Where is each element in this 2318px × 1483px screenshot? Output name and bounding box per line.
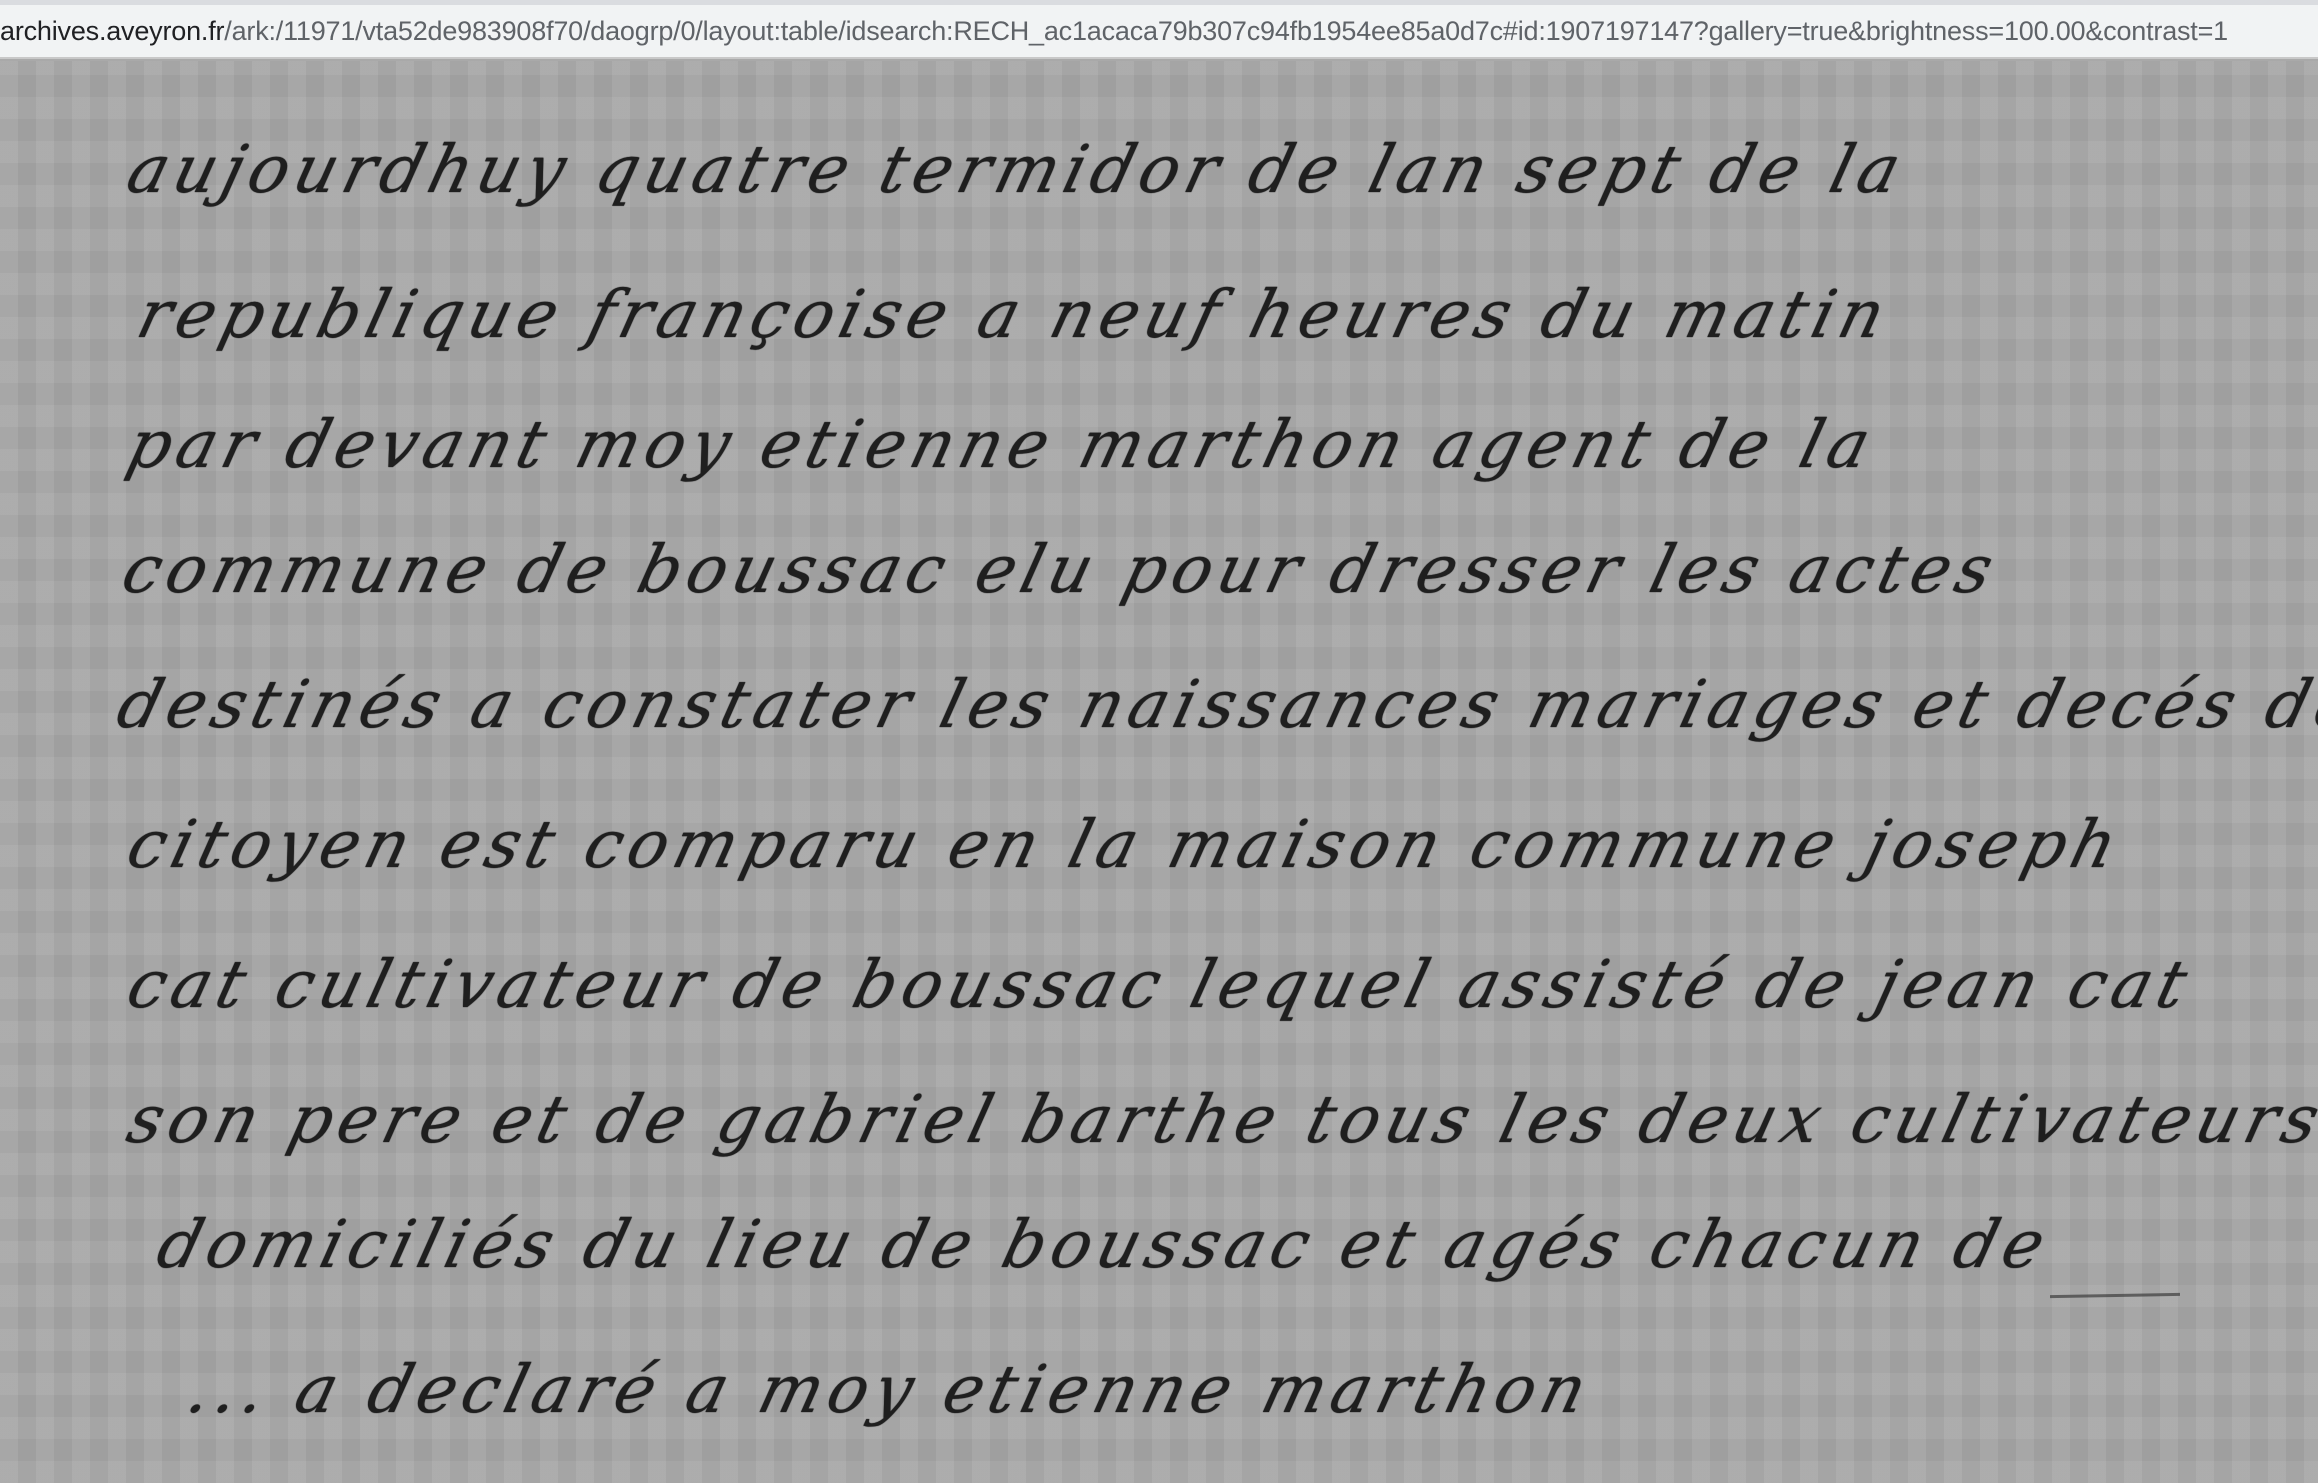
handwritten-line-10: ... a declaré a moy etienne marthon bbox=[180, 1351, 1600, 1428]
address-bar[interactable]: archives.aveyron.fr/ark:/11971/vta52de98… bbox=[0, 5, 2318, 59]
url-host[interactable]: archives.aveyron.fr bbox=[0, 16, 224, 47]
url-path[interactable]: /ark:/11971/vta52de983908f70/daogrp/0/la… bbox=[224, 16, 2228, 47]
handwritten-line-6: citoyen est comparu en la maison commune… bbox=[120, 806, 2131, 883]
handwritten-line-9: domiciliés du lieu de boussac et agés ch… bbox=[150, 1206, 2059, 1283]
handwritten-line-4: commune de boussac elu pour dresser les … bbox=[115, 531, 2007, 608]
handwritten-line-2: republique françoise a neuf heures du ma… bbox=[130, 276, 1899, 353]
handwritten-line-1: aujourdhuy quatre termidor de lan sept d… bbox=[120, 131, 1914, 208]
handwritten-line-7: cat cultivateur de boussac lequel assist… bbox=[120, 946, 2200, 1023]
document-image-viewer[interactable]: aujourdhuy quatre termidor de lan sept d… bbox=[0, 61, 2318, 1483]
handwritten-line-5: destinés a constater les naissances mari… bbox=[110, 666, 2318, 743]
handwritten-line-3: par devant moy etienne marthon agent de … bbox=[120, 406, 1884, 483]
handwritten-line-8: son pere et de gabriel barthe tous les d… bbox=[120, 1081, 2318, 1158]
line-filler-stroke bbox=[2050, 1293, 2180, 1298]
